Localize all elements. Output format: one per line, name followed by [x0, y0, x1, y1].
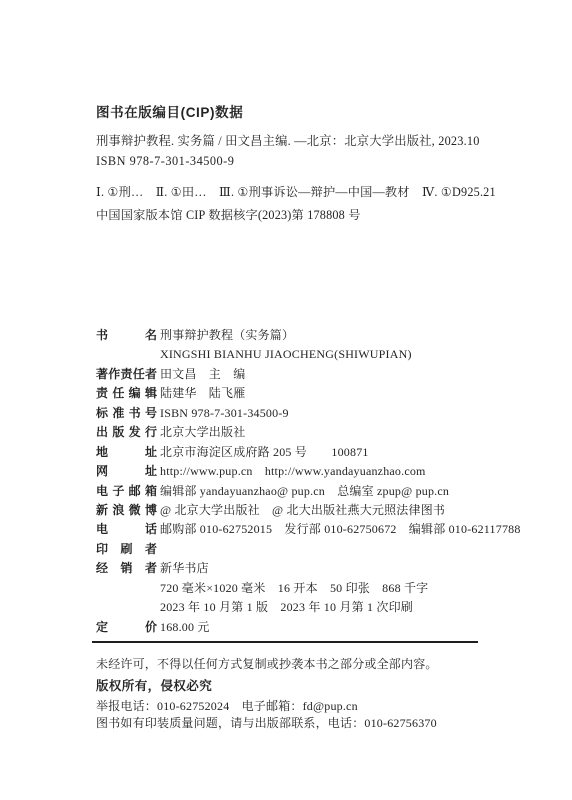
- colophon-row-title-pinyin: XINGSHI BIANHU JIAOCHENG(SHIWUPIAN): [96, 347, 486, 366]
- colophon-row-isbn: 标准书号 ISBN 978-7-301-34500-9: [96, 406, 486, 425]
- row-value: 北京市海淀区成府路 205 号 100871: [160, 445, 486, 460]
- divider-rule: [92, 641, 478, 643]
- cip-heading: 图书在版编目(CIP)数据: [96, 101, 243, 121]
- cip-classification-line: Ⅰ. ①刑… Ⅱ. ①田… Ⅲ. ①刑事诉讼—辩护—中国—教材 Ⅳ. ①D925…: [96, 183, 496, 200]
- colophon-row-edition: 2023 年 10 月第 1 版 2023 年 10 月第 1 次印刷: [96, 600, 486, 619]
- cip-description-line: 刑事辩护教程. 实务篇 / 田文昌主编. —北京：北京大学出版社, 2023.1…: [96, 131, 480, 149]
- colophon-row-email: 电子邮箱 编辑部 yandayuanzhao@ pup.cn 总编室 zpup@…: [96, 484, 486, 503]
- row-value: @ 北京大学出版社 @ 北大出版社燕大元照法律图书: [160, 503, 486, 518]
- row-label: 网址: [96, 464, 157, 479]
- colophon-row-printer: 印刷者: [96, 542, 486, 561]
- row-value: 新华书店: [160, 561, 486, 576]
- row-value: 北京大学出版社: [160, 425, 486, 440]
- colophon-row-price: 定价 168.00 元: [96, 620, 486, 639]
- row-label: 电话: [96, 522, 157, 537]
- row-value: 编辑部 yandayuanzhao@ pup.cn 总编室 zpup@ pup.…: [160, 484, 486, 499]
- colophon-row-telephone: 电话 邮购部 010-62752015 发行部 010-62750672 编辑部…: [96, 522, 486, 541]
- report-contact-line: 举报电话：010-62752024 电子邮箱：fd@pup.cn: [96, 697, 358, 714]
- row-value: 2023 年 10 月第 1 版 2023 年 10 月第 1 次印刷: [160, 600, 486, 615]
- row-label: 新浪微博: [96, 503, 157, 518]
- row-value: 田文昌 主 编: [160, 367, 486, 382]
- colophon-row-editor: 责任编辑 陆建华 陆飞雁: [96, 386, 486, 405]
- row-value: 刑事辩护教程（实务篇）: [160, 328, 486, 343]
- row-label: 地址: [96, 445, 157, 460]
- colophon-row-title: 书名 刑事辩护教程（实务篇）: [96, 328, 486, 347]
- row-label: 定价: [96, 620, 157, 635]
- cip-registry-line: 中国国家版本馆 CIP 数据核字(2023)第 178808 号: [96, 206, 361, 223]
- quality-contact-line: 图书如有印装质量问题，请与出版部联系，电话：010-62756370: [96, 714, 437, 731]
- row-label: 印刷者: [96, 542, 157, 557]
- colophon-table: 书名 刑事辩护教程（实务篇） XINGSHI BIANHU JIAOCHENG(…: [96, 328, 486, 639]
- row-value: 邮购部 010-62752015 发行部 010-62750672 编辑部 01…: [160, 522, 521, 537]
- copy-prohibition-notice: 未经许可，不得以任何方式复制或抄袭本书之部分或全部内容。: [96, 655, 438, 672]
- row-value: ISBN 978-7-301-34500-9: [160, 406, 486, 421]
- colophon-row-weibo: 新浪微博 @ 北京大学出版社 @ 北大出版社燕大元照法律图书: [96, 503, 486, 522]
- row-label: 著作责任者: [96, 367, 157, 382]
- book-copyright-page: 图书在版编目(CIP)数据 刑事辩护教程. 实务篇 / 田文昌主编. —北京：北…: [0, 0, 572, 800]
- row-value: 720 毫米×1020 毫米 16 开本 50 印张 868 千字: [160, 581, 486, 596]
- copyright-statement: 版权所有，侵权必究: [96, 676, 212, 694]
- row-label: 责任编辑: [96, 386, 157, 401]
- row-label: 出版发行: [96, 425, 157, 440]
- row-value: XINGSHI BIANHU JIAOCHENG(SHIWUPIAN): [160, 347, 486, 362]
- row-value: 陆建华 陆飞雁: [160, 386, 486, 401]
- colophon-row-address: 地址 北京市海淀区成府路 205 号 100871: [96, 445, 486, 464]
- row-value: http://www.pup.cn http://www.yandayuanzh…: [160, 464, 486, 479]
- row-label: 标准书号: [96, 406, 157, 421]
- row-label: 经销者: [96, 561, 157, 576]
- colophon-row-author: 著作责任者 田文昌 主 编: [96, 367, 486, 386]
- row-label: 书名: [96, 328, 157, 343]
- row-value: 168.00 元: [160, 620, 486, 635]
- colophon-row-distributor: 经销者 新华书店: [96, 561, 486, 580]
- colophon-row-website: 网址 http://www.pup.cn http://www.yandayua…: [96, 464, 486, 483]
- cip-isbn-line: ISBN 978-7-301-34500-9: [96, 154, 234, 169]
- row-label: 电子邮箱: [96, 484, 157, 499]
- colophon-row-format: 720 毫米×1020 毫米 16 开本 50 印张 868 千字: [96, 581, 486, 600]
- colophon-row-publisher: 出版发行 北京大学出版社: [96, 425, 486, 444]
